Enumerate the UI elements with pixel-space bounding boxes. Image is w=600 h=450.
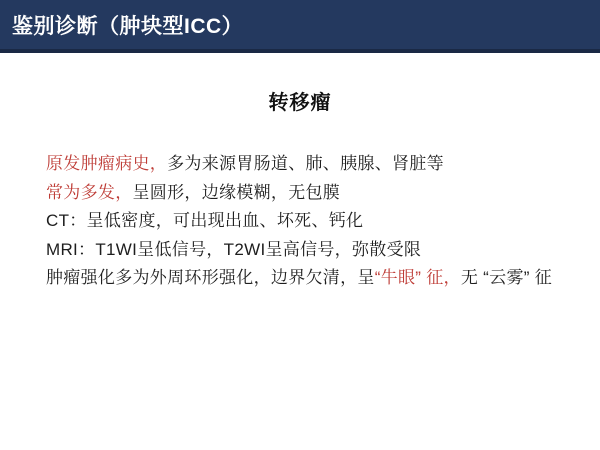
body-text: MRI：T1WI呈低信号，T2WI呈高信号，弥散受限 xyxy=(46,240,421,259)
body-text: 肿瘤强化多为外周环形强化，边界欠清，呈 xyxy=(46,268,375,287)
slide-body: 转移瘤 原发肿瘤病史，多为来源胃肠道、肺、胰腺、肾脏等 常为多发，呈圆形，边缘模… xyxy=(0,86,600,293)
body-text: 多为来源胃肠道、肺、胰腺、肾脏等 xyxy=(167,154,444,173)
bullet-line-multiplicity: 常为多发，呈圆形，边缘模糊，无包膜 xyxy=(46,179,576,208)
body-text: 无 “云雾” 征 xyxy=(461,268,552,287)
highlight-text: 常为多发， xyxy=(46,183,133,202)
highlight-text: “牛眼” 征， xyxy=(375,268,461,287)
bullet-line-primary-history: 原发肿瘤病史，多为来源胃肠道、肺、胰腺、肾脏等 xyxy=(46,150,576,179)
body-title: 转移瘤 xyxy=(0,86,600,115)
body-text: CT：呈低密度，可出现出血、坏死、钙化 xyxy=(46,211,363,230)
bullet-list: 原发肿瘤病史，多为来源胃肠道、肺、胰腺、肾脏等 常为多发，呈圆形，边缘模糊，无包… xyxy=(0,150,600,293)
highlight-text: 原发肿瘤病史， xyxy=(46,154,167,173)
body-text: 呈圆形，边缘模糊，无包膜 xyxy=(133,183,341,202)
slide: 鉴别诊断（肿块型ICC） 转移瘤 原发肿瘤病史，多为来源胃肠道、肺、胰腺、肾脏等… xyxy=(0,0,600,450)
bullet-line-mri: MRI：T1WI呈低信号，T2WI呈高信号，弥散受限 xyxy=(46,236,576,265)
bullet-line-enhancement: 肿瘤强化多为外周环形强化，边界欠清，呈“牛眼” 征，无 “云雾” 征 xyxy=(46,264,576,293)
slide-header: 鉴别诊断（肿块型ICC） xyxy=(0,0,600,53)
slide-header-title: 鉴别诊断（肿块型ICC） xyxy=(12,10,243,40)
bullet-line-ct: CT：呈低密度，可出现出血、坏死、钙化 xyxy=(46,207,576,236)
